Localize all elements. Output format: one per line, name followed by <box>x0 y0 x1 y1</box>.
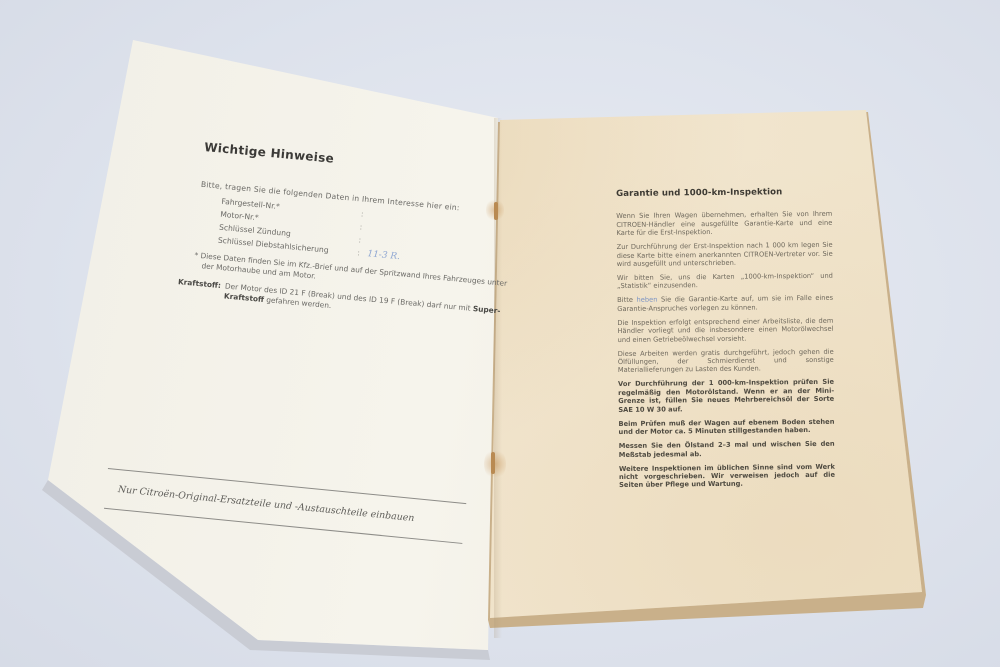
left-page-content: Wichtige Hinweise Bitte, tragen Sie die … <box>191 140 524 327</box>
right-page-title: Garantie und 1000-km-Inspektion <box>616 188 832 199</box>
paragraph: Wir bitten Sie, uns die Karten „1000-km-… <box>617 272 833 291</box>
paragraph: Bitte heben Sie die Garantie-Karte auf, … <box>617 294 833 313</box>
ink-highlighted-word: heben <box>636 296 657 304</box>
staple-bottom <box>491 452 495 474</box>
paragraph-bold: Beim Prüfen muß der Wagen auf ebenem Bod… <box>618 417 834 436</box>
fuel-label: Kraftstoff: <box>177 277 222 301</box>
field-separator: : <box>361 209 372 219</box>
field-separator: : <box>358 235 369 245</box>
paragraph: Diese Arbeiten werden gratis durchgeführ… <box>618 347 834 374</box>
paragraph-bold: Messen Sie den Ölstand 2–3 mal und wisch… <box>619 440 835 459</box>
paragraph-bold: Vor Durchführung der 1 000-km-Inspektion… <box>618 378 834 414</box>
handwritten-value: 11-3 R. <box>367 249 400 262</box>
paragraph: Die Inspektion erfolgt entsprechend eine… <box>617 317 833 344</box>
paragraph-bold: Weitere Inspektionen im üblichen Sinne s… <box>619 462 835 489</box>
paragraph-text-before: Bitte <box>617 296 636 304</box>
paragraph: Zur Durchführung der Erst-Inspektion nac… <box>617 241 833 268</box>
rust-stain <box>484 448 506 480</box>
field-separator: : <box>359 222 370 232</box>
right-page-content: Garantie und 1000-km-Inspektion Wenn Sie… <box>616 188 835 496</box>
paragraph: Wenn Sie Ihren Wagen übernehmen, erhalte… <box>616 210 832 237</box>
